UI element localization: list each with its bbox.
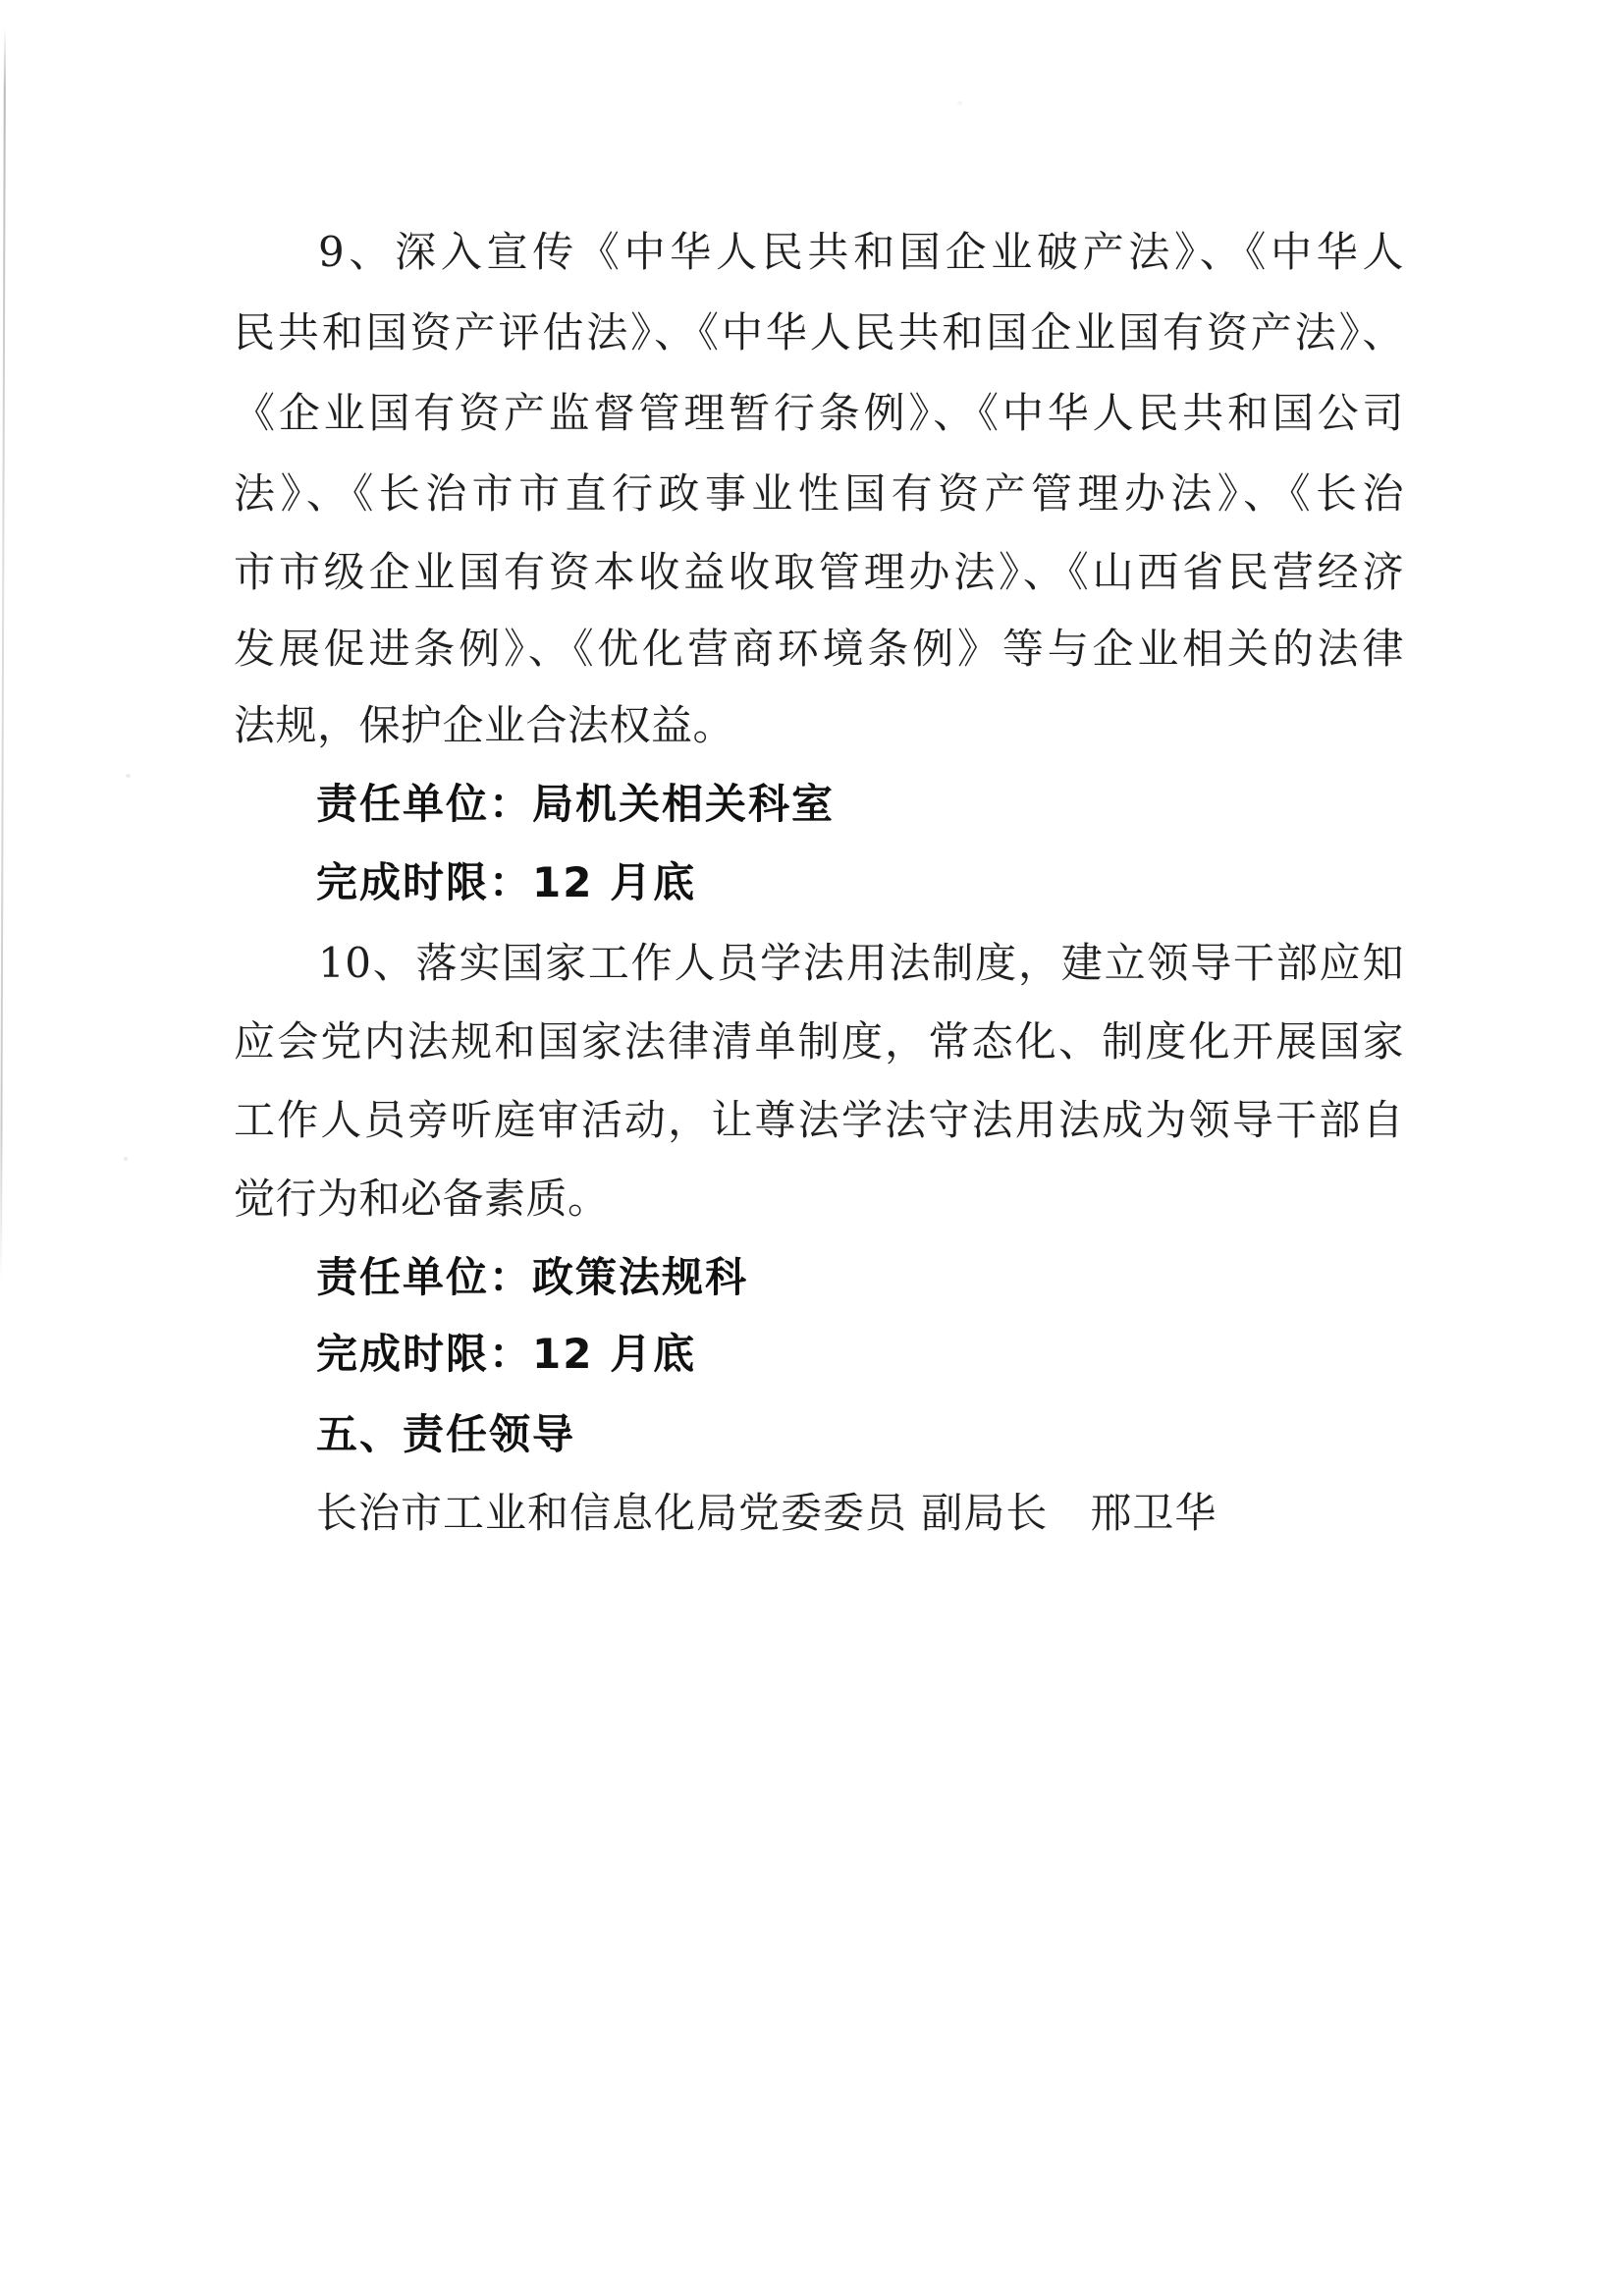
para-10-line-2: 应会党内法规和国家法律清单制度，常态化、制度化开展国家 <box>234 1015 1404 1068</box>
scan-artifact-streak <box>0 27 6 1280</box>
deadline-item-9: 完成时限：12 月底 <box>316 856 1404 909</box>
scanned-document-page: 9、深入宣传《中华人民共和国企业破产法》、《中华人 民共和国资产评估法》、《中华… <box>0 0 1623 2296</box>
para-9-line-3: 《企业国有资产监督管理暂行条例》、《中华人民共和国公司 <box>234 387 1404 440</box>
para-9-line-5: 市市级企业国有资本收益收取管理办法》、《山西省民营经济 <box>234 546 1404 599</box>
para-10-line-4: 觉行为和必备素质。 <box>234 1173 1404 1226</box>
para-9-line-2: 民共和国资产评估法》、《中华人民共和国企业国有资产法》、 <box>234 306 1404 359</box>
section-5-heading: 五、责任领导 <box>316 1408 1404 1461</box>
para-9-line-6: 发展促进条例》、《优化营商环境条例》等与企业相关的法律 <box>234 623 1404 676</box>
responsible-unit-item-9: 责任单位：局机关相关科室 <box>316 778 1404 831</box>
para-10-line-1: 10、落实国家工作人员学法用法制度，建立领导干部应知 <box>234 937 1404 990</box>
deadline-item-10: 完成时限：12 月底 <box>316 1328 1404 1381</box>
scan-speck <box>124 1157 128 1161</box>
para-9-line-7: 法规，保护企业合法权益。 <box>234 699 1404 752</box>
scan-speck <box>957 101 962 105</box>
responsible-unit-item-10: 责任单位：政策法规科 <box>316 1251 1404 1304</box>
para-9-line-1: 9、深入宣传《中华人民共和国企业破产法》、《中华人 <box>234 226 1404 279</box>
responsible-leader-line: 长治市工业和信息化局党委委员 副局长 邢卫华 <box>316 1487 1404 1540</box>
para-10-line-3: 工作人员旁听庭审活动，让尊法学法守法用法成为领导干部自 <box>234 1094 1404 1147</box>
para-9-line-4: 法》、《长治市市直行政事业性国有资产管理办法》、《长治 <box>234 467 1404 520</box>
scan-speck <box>126 774 131 778</box>
